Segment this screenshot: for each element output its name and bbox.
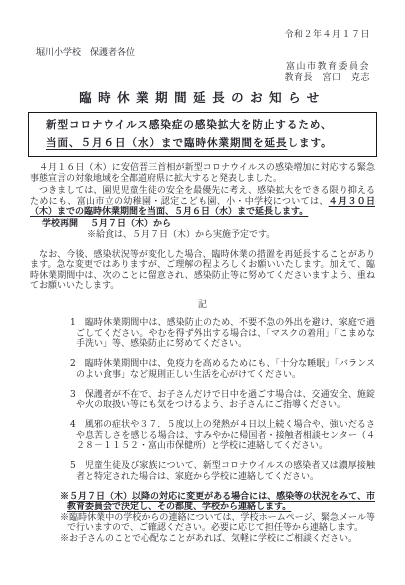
emphasis-box-line2-tail: します。	[288, 137, 333, 149]
footnote-2: ※臨時休業中の学校からの連絡については、学校ホームページ、緊急メール等で行います…	[30, 513, 375, 534]
footnote-1: ※５月７日（木）以降の対応に変更がある場合には、感染等の状況をみて、市教育委員会…	[30, 492, 375, 513]
list-item-1: 1臨時休業期間中は、感染防止のため、不要不急の外出を避け、家庭で過ごしてください…	[30, 318, 375, 350]
document-title: 臨時休業期間延長のお知らせ	[0, 91, 405, 105]
item-text: 風邪の症状や３７．５度以上の発熱が４日以上続く場合や、強いだるさや息苦しさを感じ…	[76, 420, 375, 451]
paragraph-caution: なお、今後、感染状況等が変化した場合、臨時休業の措置を再延長することがあります。…	[30, 250, 375, 292]
paragraph-extension-normal: つきましては、園児児童生徒の安全を最優先に考え、感染拡大をできる限り抑えるために…	[30, 186, 375, 207]
asterisk-marker: ※	[60, 513, 69, 523]
emphasis-box-line1: 新型コロナウイルス感染症の感染拡大を防止するため、	[46, 116, 366, 134]
paragraph-announcement: ４月１６日（木）に安倍晋三首相が新型コロナウイルスの感染増加に対応する緊急事態宣…	[30, 163, 375, 184]
issue-date: 令和２年４月１７日	[36, 30, 370, 41]
issuer-organization: 富山市教育委員会	[36, 62, 370, 73]
item-number: 4	[70, 420, 76, 430]
list-item-3: 3保護者が不在で、お子さんだけで日中を過ごす場合は、交通安全、施錠や火の取扱い等…	[30, 390, 375, 411]
emphasis-box-line2: 当面、５月６日（水）まで臨時休業期間を延長します。	[46, 134, 366, 152]
notice-document: 令和２年４月１７日 堀川小学校 保護者各位 富山市教育委員会 教育長 宮口 克志…	[0, 0, 405, 585]
item-text: 保護者が不在で、お子さんだけで日中を過ごす場合は、交通安全、施錠や火の取扱い等に…	[76, 390, 375, 411]
footnote-text: お子さんのことで心配なことがあれば、気軽に学校にご相談ください。	[69, 534, 357, 544]
item-number: 3	[70, 390, 76, 400]
underlined-phrase: 当面、５月６日（水）まで臨時休業期間を延長	[46, 137, 288, 149]
list-item-5: 5児童生徒及び家族について、新型コロナウイルスの感染者又は濃厚接触者と特定された…	[30, 461, 375, 482]
lunch-note: ※給食は、５月７日（木）から実施予定です。	[87, 230, 375, 241]
emphasis-box: 新型コロナウイルス感染症の感染拡大を防止するため、 当面、５月６日（水）まで臨時…	[28, 112, 377, 157]
paragraph-extension: つきましては、園児児童生徒の安全を最優先に考え、感染拡大をできる限り抑えるために…	[30, 186, 375, 218]
numbered-list: 1臨時休業期間中は、感染防止のため、不要不急の外出を避け、家庭で過ごしてください…	[30, 318, 375, 482]
document-body: ４月１６日（木）に安倍晋三首相が新型コロナウイルスの感染増加に対応する緊急事態宣…	[0, 163, 405, 544]
footnotes: ※５月７日（木）以降の対応に変更がある場合には、感染等の状況をみて、市教育委員会…	[30, 492, 375, 545]
footnote-text: ５月７日（木）以降の対応に変更がある場合には、感染等の状況をみて、市教育委員会で…	[67, 492, 375, 513]
document-header: 令和２年４月１７日 堀川小学校 保護者各位 富山市教育委員会 教育長 宮口 克志	[0, 30, 405, 84]
recipient-line: 堀川小学校 保護者各位	[36, 48, 370, 59]
footnote-text: 臨時休業中の学校からの連絡については、学校ホームページ、緊急メール等で行いますの…	[67, 513, 375, 534]
reopen-line: 学校再開５月７日（木）から	[42, 219, 375, 230]
reopen-date: ５月７日（木）から	[90, 219, 171, 229]
issuer-person: 教育長 宮口 克志	[36, 73, 370, 84]
item-number: 5	[70, 461, 76, 471]
list-item-2: 2臨時休業期間中は、免疫力を高めるためにも、「十分な睡眠」「バランスのよい食事」…	[30, 359, 375, 380]
item-text: 児童生徒及び家族について、新型コロナウイルスの感染者又は濃厚接触者と特定された場…	[76, 461, 375, 482]
reopen-label: 学校再開	[42, 219, 78, 229]
list-item-4: 4風邪の症状や３７．５度以上の発熱が４日以上続く場合や、強いだるさや息苦しさを感…	[30, 420, 375, 452]
ki-heading: 記	[30, 300, 375, 311]
asterisk-marker: ※	[60, 492, 69, 502]
item-number: 2	[70, 359, 76, 369]
sender-block: 富山市教育委員会 教育長 宮口 克志	[36, 62, 370, 84]
item-number: 1	[70, 318, 76, 328]
item-text: 臨時休業期間中は、感染防止のため、不要不急の外出を避け、家庭で過ごしてください。…	[76, 318, 375, 349]
item-text: 臨時休業期間中は、免疫力を高めるためにも、「十分な睡眠」「バランスのよい食事」な…	[76, 359, 375, 380]
asterisk-marker: ※	[60, 534, 69, 544]
footnote-3: ※お子さんのことで心配なことがあれば、気軽に学校にご相談ください。	[30, 534, 375, 545]
